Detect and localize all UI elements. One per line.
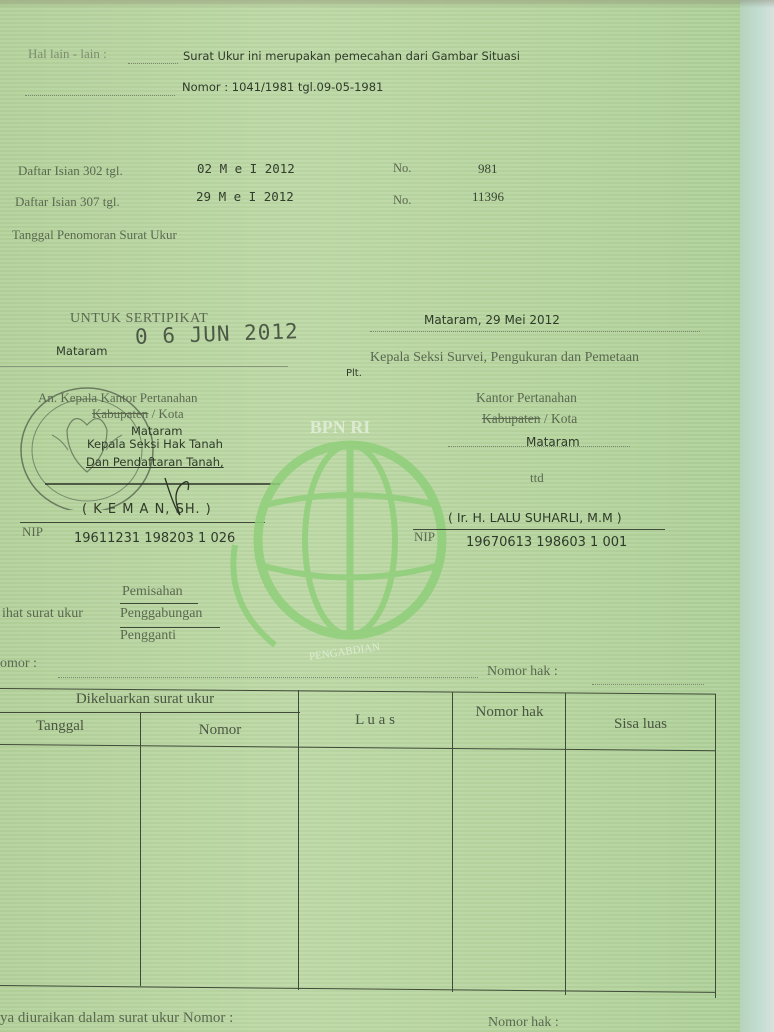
left-signatory-name: ( K E M A N, SH. ) (82, 502, 212, 517)
option-pemisahan: Pemisahan (122, 584, 183, 600)
header-luas: L u a s (300, 712, 450, 729)
table-bottom-border (0, 985, 716, 993)
register-307-no-label: No. (393, 193, 411, 208)
notes-line-1: Surat Ukur ini merupakan pemecahan dari … (183, 49, 520, 63)
right-signatory-name: ( Ir. H. LALU SUHARLI, M.M ) (448, 510, 622, 525)
register-307-date: 29 M e I 2012 (196, 189, 294, 204)
left-nip-label: NIP (22, 524, 43, 540)
nomor-hak-label: Nomor hak : (487, 664, 558, 680)
notes-line-2: Nomor : 1041/1981 tgl.09-05-1981 (182, 80, 383, 94)
nomor-label: omor : (0, 656, 37, 672)
right-nip: 19670613 198603 1 001 (466, 535, 627, 550)
col-divider-4 (565, 693, 566, 995)
right-office-struck: Kabupaten (482, 411, 540, 426)
page-shadow (0, 0, 774, 8)
header-sisa-luas: Sisa luas (568, 716, 713, 733)
svg-text:PENGABDIAN: PENGABDIAN (308, 641, 381, 663)
right-signed-ttd: ttd (530, 470, 544, 486)
col-divider-1 (140, 712, 141, 986)
option-pengganti: Pengganti (120, 628, 176, 644)
header-issued: Dikeluarkan surat ukur (0, 691, 290, 708)
left-office-kota: / Kota (152, 406, 184, 421)
left-office-city: Mataram (131, 424, 183, 438)
header-tanggal: Tanggal (0, 718, 120, 735)
right-plt: Plt. (346, 368, 362, 379)
left-office-line-2: Kabupaten / Kota (92, 406, 184, 422)
register-307-no: 11396 (472, 189, 504, 205)
left-position-line-2: Dan Pendaftaran Tanah, (86, 455, 224, 469)
register-302-label: Daftar Isian 302 tgl. (18, 163, 123, 179)
header-nomor: Nomor (145, 722, 295, 739)
numbering-date-label: Tanggal Penomoran Surat Ukur (12, 227, 177, 243)
header-nomor-hak: Nomor hak (472, 702, 547, 722)
col-divider-2 (298, 690, 299, 990)
right-office-city: Mataram (526, 435, 580, 449)
footer-described-in: ya diuraikan dalam surat ukur Nomor : (0, 1010, 233, 1027)
left-position-line-1: Kepala Seksi Hak Tanah (87, 437, 223, 451)
register-302-date: 02 M e I 2012 (197, 161, 295, 176)
right-position: Kepala Seksi Survei, Pengukuran dan Peme… (370, 350, 639, 366)
col-divider-3 (452, 692, 453, 992)
svg-text:BPN RI: BPN RI (310, 417, 371, 437)
register-302-no-label: No. (393, 161, 411, 176)
group-header-divider (0, 712, 300, 713)
footer-nomor-hak: Nomor hak : (488, 1015, 559, 1031)
reference-label: ihat surat ukur (2, 606, 83, 622)
left-office-struck: Kabupaten (92, 406, 148, 421)
right-office-line-1: Kantor Pertanahan (476, 390, 577, 406)
right-office-kota: / Kota (544, 411, 577, 426)
notes-dotline (128, 63, 178, 64)
left-office-line-1: An. Kepala Kantor Pertanahan (38, 390, 198, 406)
register-302-no: 981 (478, 161, 498, 177)
issued-survey-table: Dikeluarkan surat ukur Tanggal Nomor L u… (0, 688, 716, 1000)
right-place-date: Mataram, 29 Mei 2012 (424, 313, 560, 327)
header-bottom-border (0, 744, 716, 751)
col-divider-5 (715, 694, 716, 998)
nomor-hak-line (592, 684, 704, 685)
right-date-line (370, 331, 700, 332)
left-divider (0, 366, 288, 367)
right-name-underline (413, 529, 665, 530)
notes-dotline-2 (25, 95, 175, 96)
option-divider-1 (120, 603, 198, 604)
right-office-line-2: Kabupaten / Kota (482, 411, 577, 427)
notes-label: Hal lain - lain : (28, 46, 107, 62)
left-city: Mataram (56, 344, 108, 358)
option-penggabungan: Penggabungan (120, 606, 202, 622)
register-307-label: Daftar Isian 307 tgl. (15, 194, 120, 210)
page-edge (740, 0, 774, 1032)
right-nip-label: NIP (414, 529, 435, 545)
nomor-line (58, 677, 478, 678)
